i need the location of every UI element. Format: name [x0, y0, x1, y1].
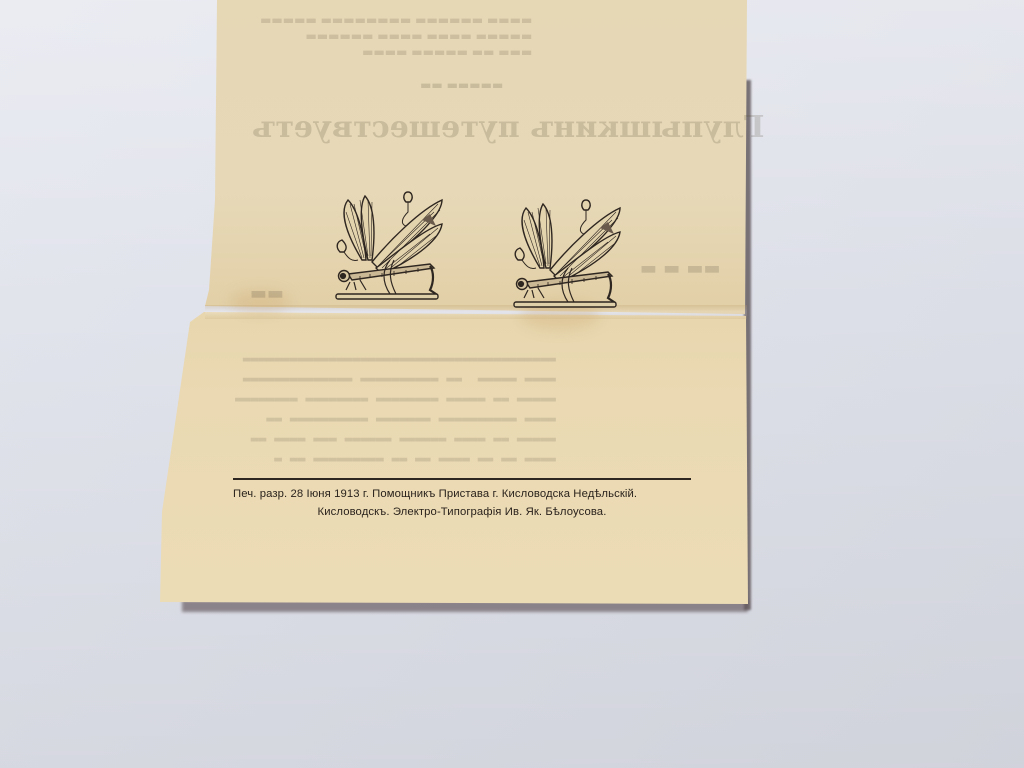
imprint-censorship-line: Печ. разр. 28 Іюня 1913 г. Помощникъ При…	[233, 485, 691, 503]
bleed-through-text: ▬▬▬▬▬ ▬▬	[420, 78, 503, 92]
imprint-printer-line: Кисловодскъ. Электро-Типографія Ив. Як. …	[233, 503, 691, 521]
bleed-through-text: ▬▬▬▬ ▬▬▬▬▬▬ ▬▬▬▬▬▬▬▬ ▬▬▬▬▬▬▬▬▬▬ ▬▬▬▬ ▬▬▬…	[260, 12, 532, 60]
dragonfly-ornament-right	[508, 198, 628, 313]
printer-imprint: Печ. разр. 28 Іюня 1913 г. Помощникъ При…	[233, 478, 691, 521]
bleed-through-text: ▬▬▬▬▬▬▬▬▬▬▬▬▬▬▬▬▬▬▬▬▬▬▬▬▬▬▬▬▬▬▬▬▬▬▬▬▬▬▬▬…	[235, 350, 556, 470]
dragonfly-ornament-left	[330, 190, 450, 305]
bleed-through-text: ▬▬	[250, 283, 284, 304]
bleed-through-heading: Глупышкинъ путешествуетъ	[252, 110, 764, 145]
bleed-through-text: ▬▬ ▬ ▬	[640, 258, 721, 279]
